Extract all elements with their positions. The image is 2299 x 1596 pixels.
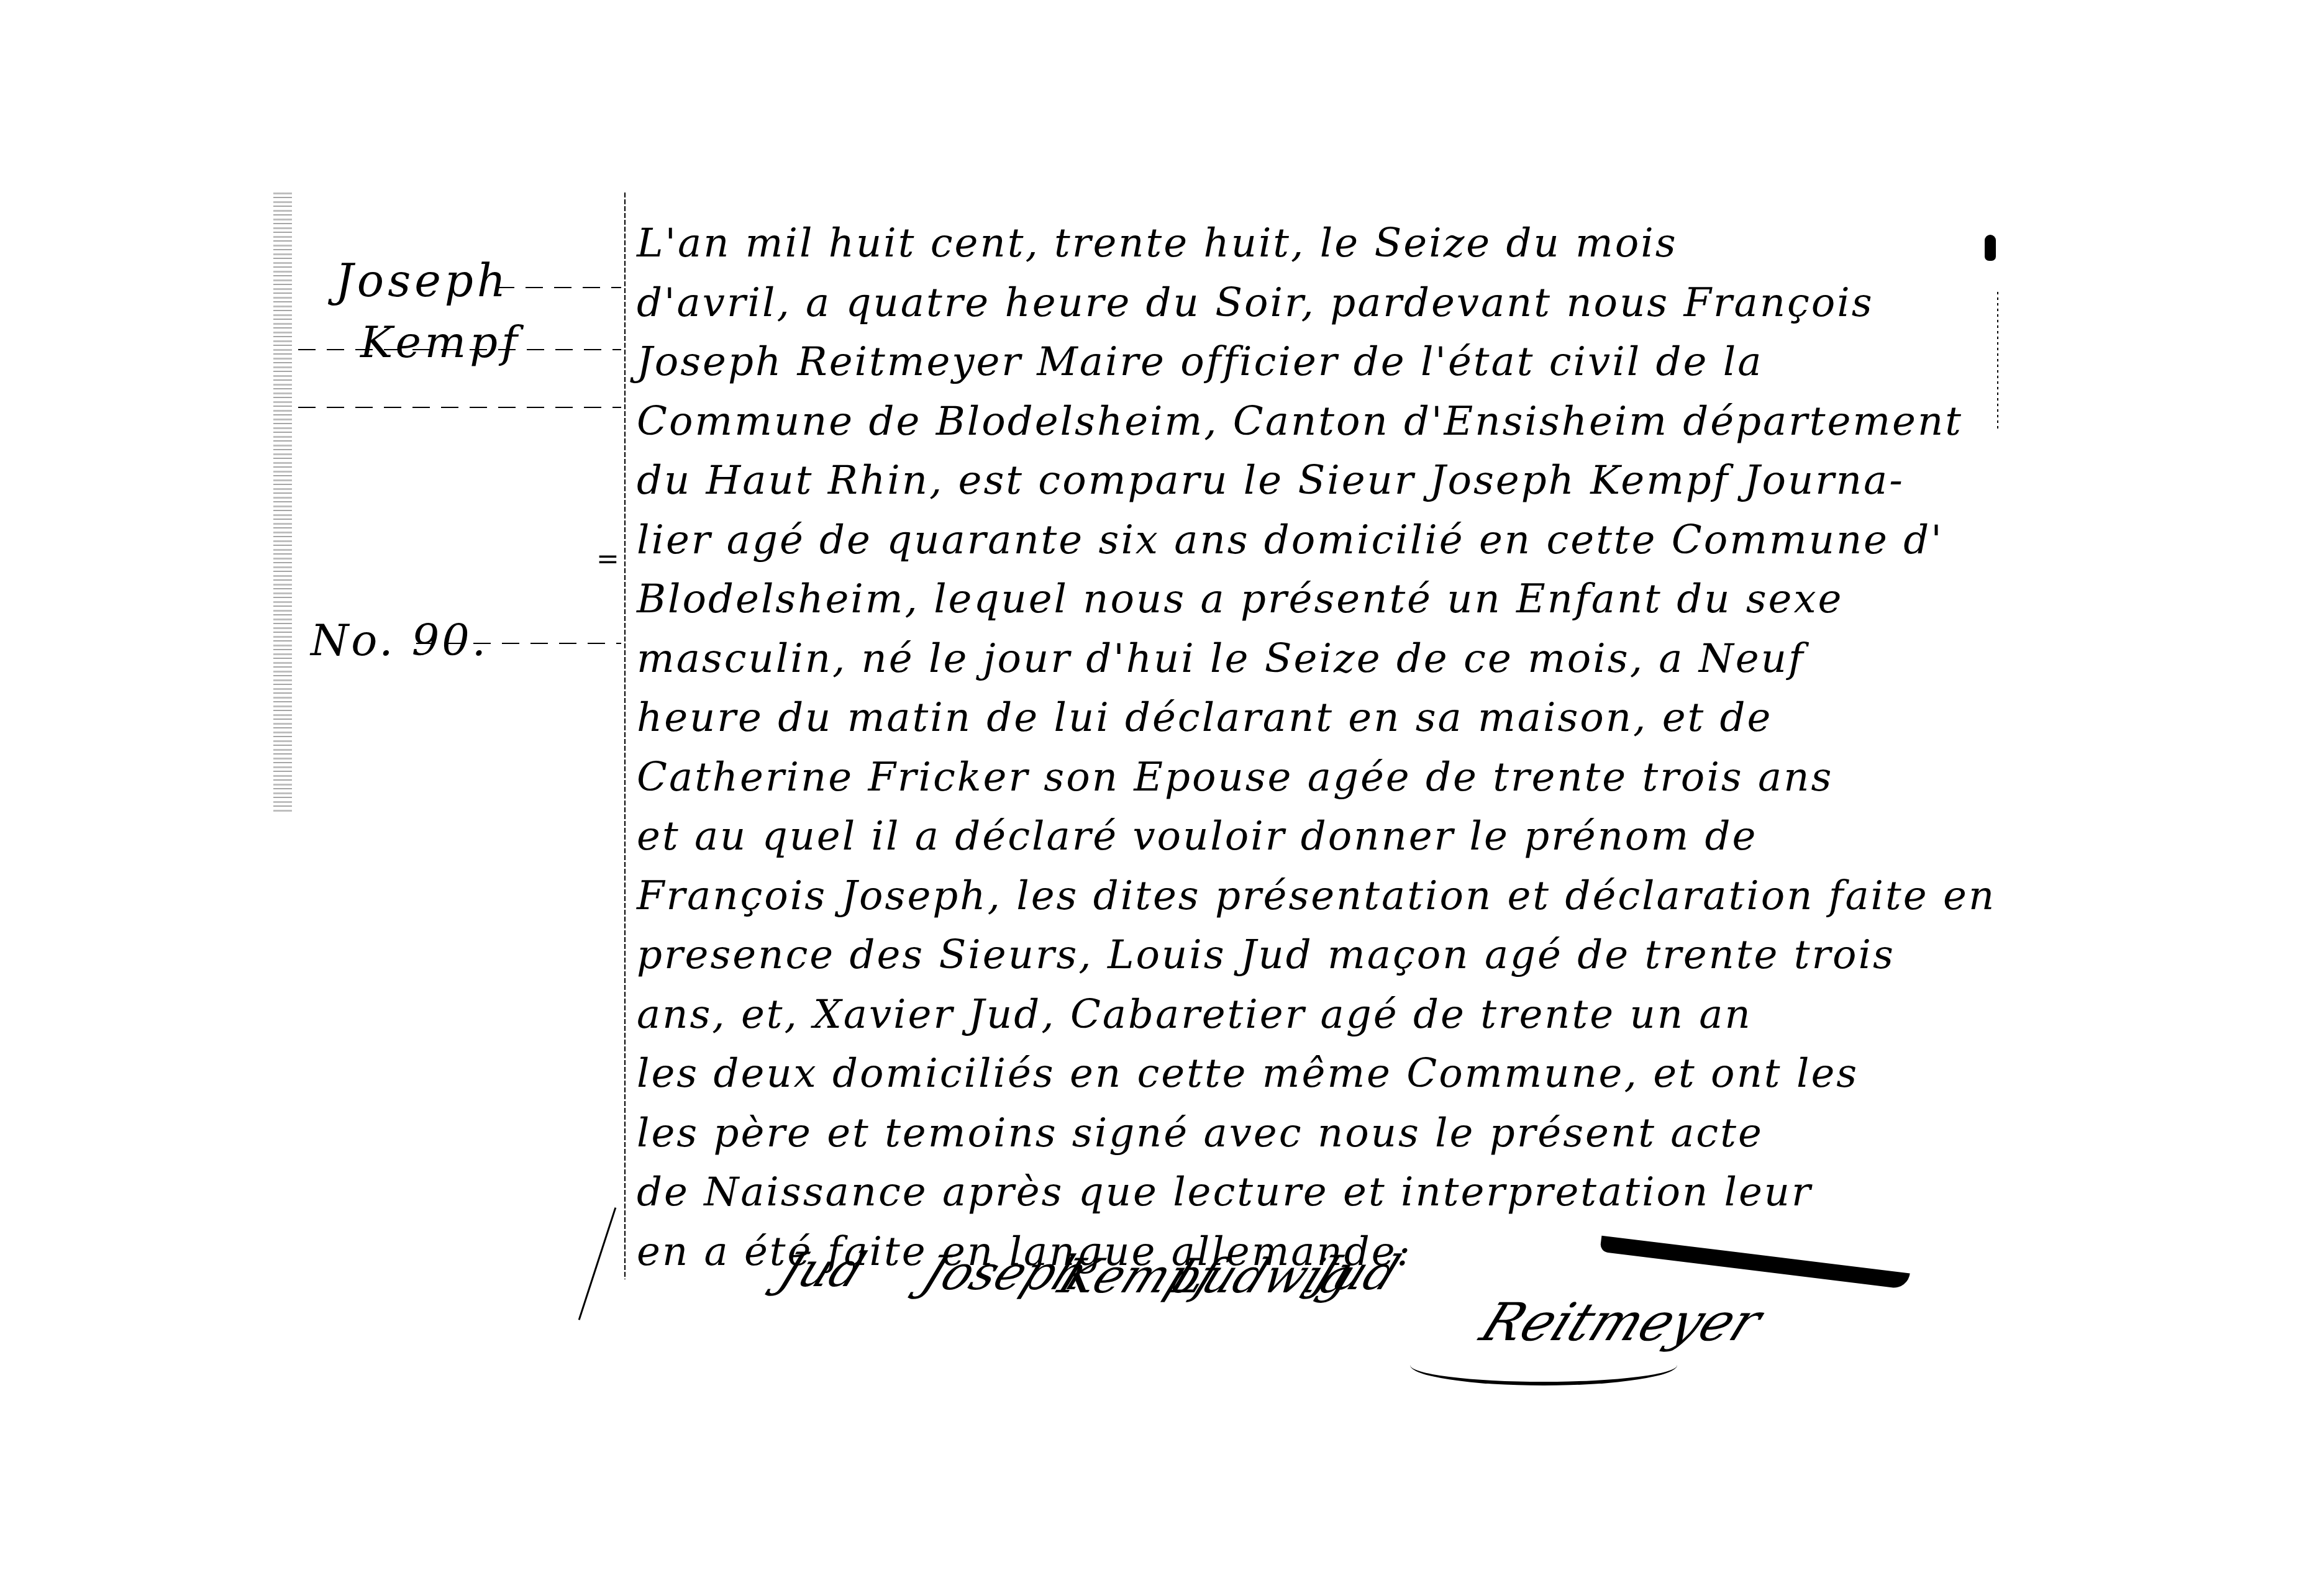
body-line: presence des Sieurs, Louis Jud maçon agé… (637, 926, 1997, 986)
body-line: Commune de Blodelsheim, Canton d'Ensishe… (637, 392, 1997, 452)
margin-dash-line (298, 349, 621, 350)
pen-stroke (578, 1207, 617, 1320)
margin-equals-mark: = (596, 543, 619, 575)
margin-column: Joseph Kempf = No. 90. (292, 186, 621, 869)
mayor-signature: Reitmeyer (1472, 1292, 1770, 1353)
right-edge-rule (1997, 292, 1998, 428)
body-line: Catherine Fricker son Epouse agée de tre… (637, 748, 1997, 808)
body-line: François Joseph, les dites présentation … (637, 867, 1997, 927)
body-line: les deux domiciliés en cette même Commun… (637, 1045, 1997, 1104)
body-line: du Haut Rhin, est comparu le Sieur Josep… (637, 451, 1997, 511)
body-line: de Naissance après que lecture et interp… (637, 1163, 1997, 1223)
margin-entry-number: No. 90. (311, 615, 488, 666)
scanned-register-page: Joseph Kempf = No. 90. L'an mil huit cen… (0, 0, 2299, 1596)
body-line: d'avril, a quatre heure du Soir, pardeva… (637, 274, 1997, 333)
margin-dash-line (416, 643, 621, 644)
margin-dash-line (298, 407, 621, 408)
record-body-text: L'an mil huit cent, trente huit, le Seiz… (637, 214, 1997, 1282)
margin-surname: Kempf (360, 317, 521, 368)
body-line: Blodelsheim, lequel nous a présenté un E… (637, 570, 1997, 630)
signature-flourish (1410, 1344, 1677, 1385)
body-line: masculin, né le jour d'hui le Seize de c… (637, 630, 1997, 689)
body-line: et au quel il a déclaré vouloir donner l… (637, 807, 1997, 867)
margin-vertical-rule (624, 193, 626, 1279)
body-line: les père et temoins signé avec nous le p… (637, 1104, 1997, 1164)
body-line: ans, et, Xavier Jud, Cabaretier agé de t… (637, 986, 1997, 1045)
body-line: heure du matin de lui déclarant en sa ma… (637, 689, 1997, 748)
scan-binding-edge (273, 193, 292, 814)
body-line: L'an mil huit cent, trente huit, le Seiz… (637, 214, 1997, 274)
body-line: Joseph Reitmeyer Maire officier de l'éta… (637, 333, 1997, 392)
margin-given-name: Joseph (335, 255, 509, 307)
margin-dash-line (497, 287, 621, 288)
witness-signature: Jud (772, 1242, 873, 1297)
body-line: lier agé de quarante six ans domicilié e… (637, 511, 1997, 571)
